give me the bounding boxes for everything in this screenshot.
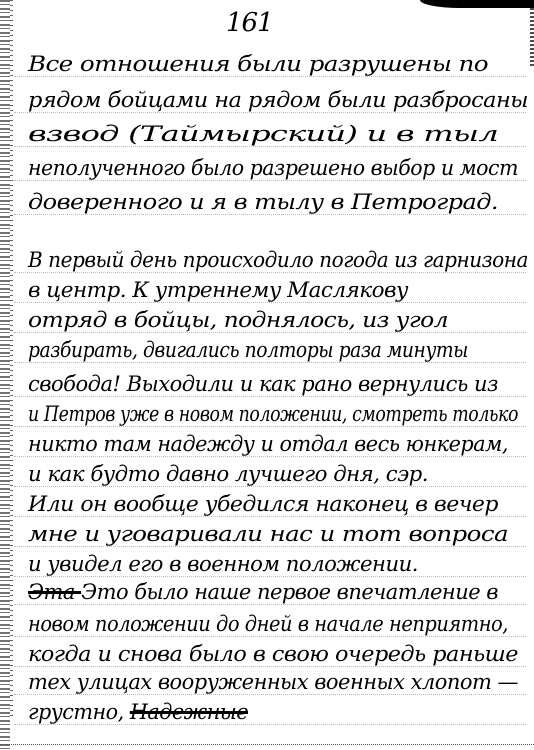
manuscript-page: 161 Все отношения были разрушены порядом… (0, 0, 534, 750)
ruled-line (14, 666, 526, 667)
handwritten-line: рядом бойцами на рядом были разбросаны (28, 88, 528, 112)
ruled-line (14, 146, 526, 147)
ruled-line (14, 604, 526, 605)
handwritten-line: Или он вообще убедился наконец в вечер (28, 492, 498, 516)
handwritten-line: мне и уговаривали нас и тот вопроса (28, 522, 508, 546)
handwritten-line: и Петров уже в новом положении, смотреть… (28, 402, 518, 426)
handwritten-line: в центр. К утреннему Маслякову (28, 278, 408, 302)
handwritten-line: свобода! Выходили и как рано вернулись и… (28, 372, 498, 396)
handwritten-line: Эта Это было наше первое впечатление в (28, 580, 498, 604)
handwritten-line: грустно, Надежные (28, 700, 248, 724)
ruled-line (14, 636, 526, 637)
handwritten-line: Все отношения были разрушены по (28, 52, 488, 76)
handwritten-line: новом положении до дней в начале неприят… (28, 612, 508, 636)
ruled-line (14, 456, 526, 457)
handwritten-line: В первый день происходило погода из гарн… (28, 248, 528, 272)
ruled-line (14, 362, 526, 363)
ruled-line (14, 576, 526, 577)
page-edge-shadow (420, 0, 534, 8)
ruled-line (14, 516, 526, 517)
struck-word: Надежные (130, 700, 248, 724)
ruled-line (14, 332, 526, 333)
struck-word: Эта (28, 580, 81, 604)
handwritten-line: взвод (Таймырский) и в тыл (28, 122, 498, 146)
binding-margin (10, 0, 13, 720)
handwritten-line: никто там надежду и отдал весь юнкерам, (28, 432, 508, 456)
handwritten-line: доверенного и я в тылу в Петроград. (28, 190, 498, 214)
bottom-ruling (0, 744, 534, 745)
ruled-line (14, 546, 526, 547)
binding-edge (0, 0, 10, 750)
handwritten-line: и как будто давно лучшего дня, сэр. (28, 462, 428, 486)
ruled-line (14, 396, 526, 397)
ruled-line (14, 112, 526, 113)
handwritten-line: когда и снова было в свою очередь раньше (28, 642, 518, 666)
handwritten-line: неполученного было разрешено выбор и мос… (28, 156, 518, 180)
ruled-line (14, 214, 526, 215)
handwritten-line: разбирать, двигались полторы раза минуты (28, 338, 468, 362)
ruled-line (14, 486, 526, 487)
ruled-line (14, 302, 526, 303)
ruled-line (14, 694, 526, 695)
handwritten-line: отряд в бойцы, поднялось, из угол (28, 308, 448, 332)
ruled-line (14, 272, 526, 273)
handwritten-line: и увидел его в военном положении. (28, 552, 418, 576)
page-number: 161 (226, 8, 273, 38)
ruled-line (14, 180, 526, 181)
handwritten-line: тех улицах вооруженных военных хлопот — (28, 670, 518, 694)
ruled-line (14, 426, 526, 427)
page-edge-right (530, 8, 534, 68)
ruled-line (14, 724, 526, 725)
ruled-line (14, 76, 526, 77)
